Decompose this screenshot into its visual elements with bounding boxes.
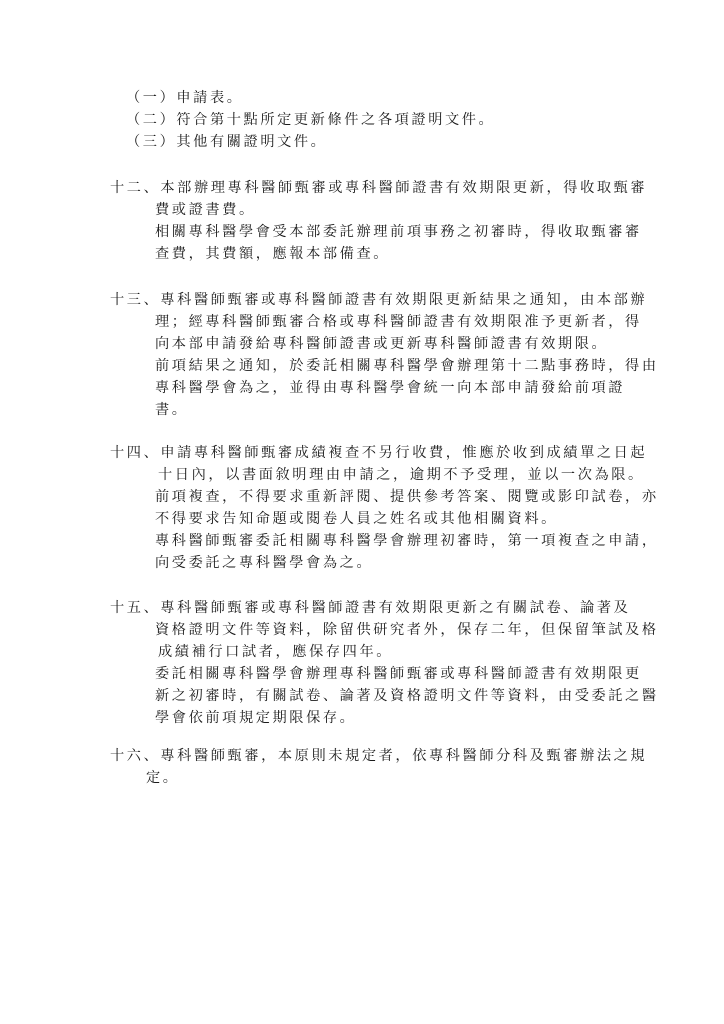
document-page: （一）申請表。 （二）符合第十點所定更新條件之各項證明文件。 （三）其他有關證明…	[0, 0, 724, 1024]
section-line: 十三、專科醫師甄審或專科醫師證書有效期限更新結果之通知，由本部辦	[110, 290, 647, 310]
paragraph-line: 學會依前項規定期限保存。	[155, 708, 356, 728]
paragraph-line: 相關專科醫學會受本部委託辦理前項事務之初審時，得收取甄審審	[155, 222, 642, 242]
paragraph-line: 前項複查，不得要求重新評閱、提供參考答案、閱覽或影印試卷，亦	[155, 487, 659, 507]
paragraph-line: 向受委託之專科醫學會為之。	[155, 553, 373, 573]
sub-item-text: 其他有關證明文件。	[176, 134, 327, 150]
section-line: 理；經專科醫師甄審合格或專科醫師證書有效期限准予更新者，得	[155, 312, 642, 332]
section-number: 十五、	[110, 600, 160, 616]
section-text: 專科醫師甄審，本原則未規定者，依專科醫師分科及甄審辦法之規	[160, 748, 647, 764]
paragraph-line: 新之初審時，有關試卷、論著及資格證明文件等資料，由受委託之醫	[155, 686, 659, 706]
paragraph-line: 專科醫學會為之，並得由專科醫學會統一向本部申請發給前項證	[155, 378, 625, 398]
section-line: 十二、本部辦理專科醫師甄審或專科醫師證書有效期限更新，得收取甄審	[110, 178, 647, 198]
sub-item-2: （二）符合第十點所定更新條件之各項證明文件。	[126, 110, 495, 130]
section-line: 十六、專科醫師甄審，本原則未規定者，依專科醫師分科及甄審辦法之規	[110, 746, 647, 766]
sub-item-label: （二）	[126, 112, 176, 128]
section-line: 資格證明文件等資料，除留供研究者外，保存二年，但保留筆試及格	[155, 620, 659, 640]
section-number: 十二、	[110, 180, 160, 196]
sub-item-text: 申請表。	[176, 90, 243, 106]
section-text: 本部辦理專科醫師甄審或專科醫師證書有效期限更新，得收取甄審	[160, 180, 647, 196]
section-number: 十三、	[110, 292, 160, 308]
section-line: 定。	[146, 768, 180, 788]
section-text: 申請專科醫師甄審成績複查不另行收費，惟應於收到成績單之日起	[160, 445, 647, 461]
section-number: 十六、	[110, 748, 160, 764]
paragraph-line: 委託相關專科醫學會辦理專科醫師甄審或專科醫師證書有效期限更	[155, 664, 642, 684]
paragraph-line: 不得要求告知命題或閱卷人員之姓名或其他相關資料。	[155, 509, 558, 529]
sub-item-3: （三）其他有關證明文件。	[126, 132, 327, 152]
sub-item-1: （一）申請表。	[126, 88, 244, 108]
section-line: 十日內，以書面敘明理由申請之，逾期不予受理，並以一次為限。	[158, 465, 645, 485]
section-line: 成績補行口試者，應保存四年。	[158, 642, 393, 662]
section-number: 十四、	[110, 445, 160, 461]
section-line: 費或證書費。	[155, 200, 256, 220]
paragraph-line: 前項結果之通知，於委託相關專科醫學會辦理第十二點事務時，得由	[155, 356, 659, 376]
sub-item-label: （一）	[126, 90, 176, 106]
sub-item-text: 符合第十點所定更新條件之各項證明文件。	[176, 112, 495, 128]
paragraph-line: 專科醫師甄審委託相關專科醫學會辦理初審時，第一項複查之申請，	[155, 531, 659, 551]
section-text: 專科醫師甄審或專科醫師證書有效期限更新結果之通知，由本部辦	[160, 292, 647, 308]
sub-item-label: （三）	[126, 134, 176, 150]
section-line: 十五、專科醫師甄審或專科醫師證書有效期限更新之有關試卷、論著及	[110, 598, 630, 618]
section-line: 向本部申請發給專科醫師證書或更新專科醫師證書有效期限。	[155, 334, 608, 354]
paragraph-line: 查費，其費額，應報本部備查。	[155, 244, 390, 264]
paragraph-line: 書。	[155, 400, 189, 420]
section-line: 十四、申請專科醫師甄審成績複查不另行收費，惟應於收到成績單之日起	[110, 443, 647, 463]
section-text: 專科醫師甄審或專科醫師證書有效期限更新之有關試卷、論著及	[160, 600, 630, 616]
